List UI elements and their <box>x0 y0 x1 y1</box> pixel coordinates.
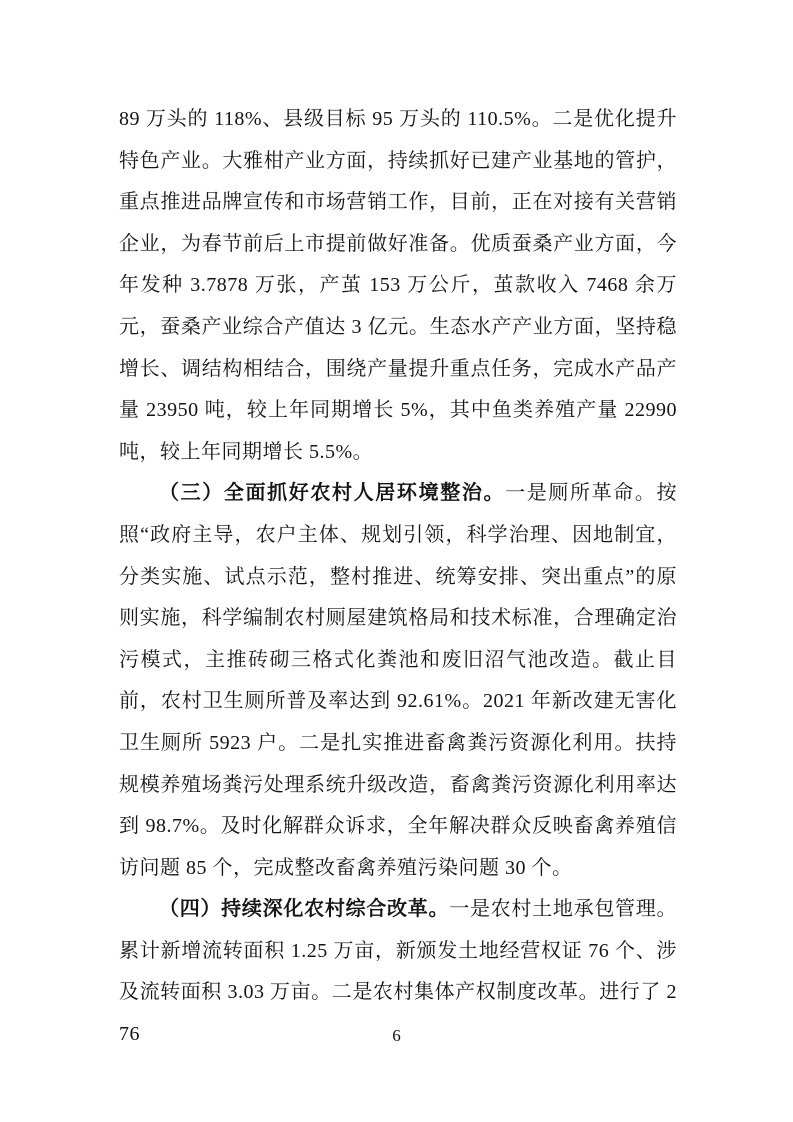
paragraph-text: 89 万头的 118%、县级目标 95 万头的 110.5%。二是优化提升特色产… <box>119 108 677 463</box>
section-heading: （三）全面抓好农村人居环境整治。 <box>159 482 505 504</box>
paragraph-continuation: 89 万头的 118%、县级目标 95 万头的 110.5%。二是优化提升特色产… <box>119 99 677 473</box>
paragraph-text: 一是厕所革命。按照“政府主导，农户主体、规划引领，科学治理、因地制宜，分类实施、… <box>119 482 677 878</box>
page-number: 6 <box>0 1026 793 1046</box>
paragraph-section-3: （三）全面抓好农村人居环境整治。一是厕所革命。按照“政府主导，农户主体、规划引领… <box>119 473 677 889</box>
section-heading: （四）持续深化农村综合改革。 <box>159 898 449 920</box>
document-body: 89 万头的 118%、县级目标 95 万头的 110.5%。二是优化提升特色产… <box>119 99 677 1056</box>
paragraph-text: 一是农村土地承包管理。累计新增流转面积 1.25 万亩，新颁发土地经营权证 76… <box>119 898 677 1045</box>
document-page: 89 万头的 118%、县级目标 95 万头的 110.5%。二是优化提升特色产… <box>0 0 793 1122</box>
